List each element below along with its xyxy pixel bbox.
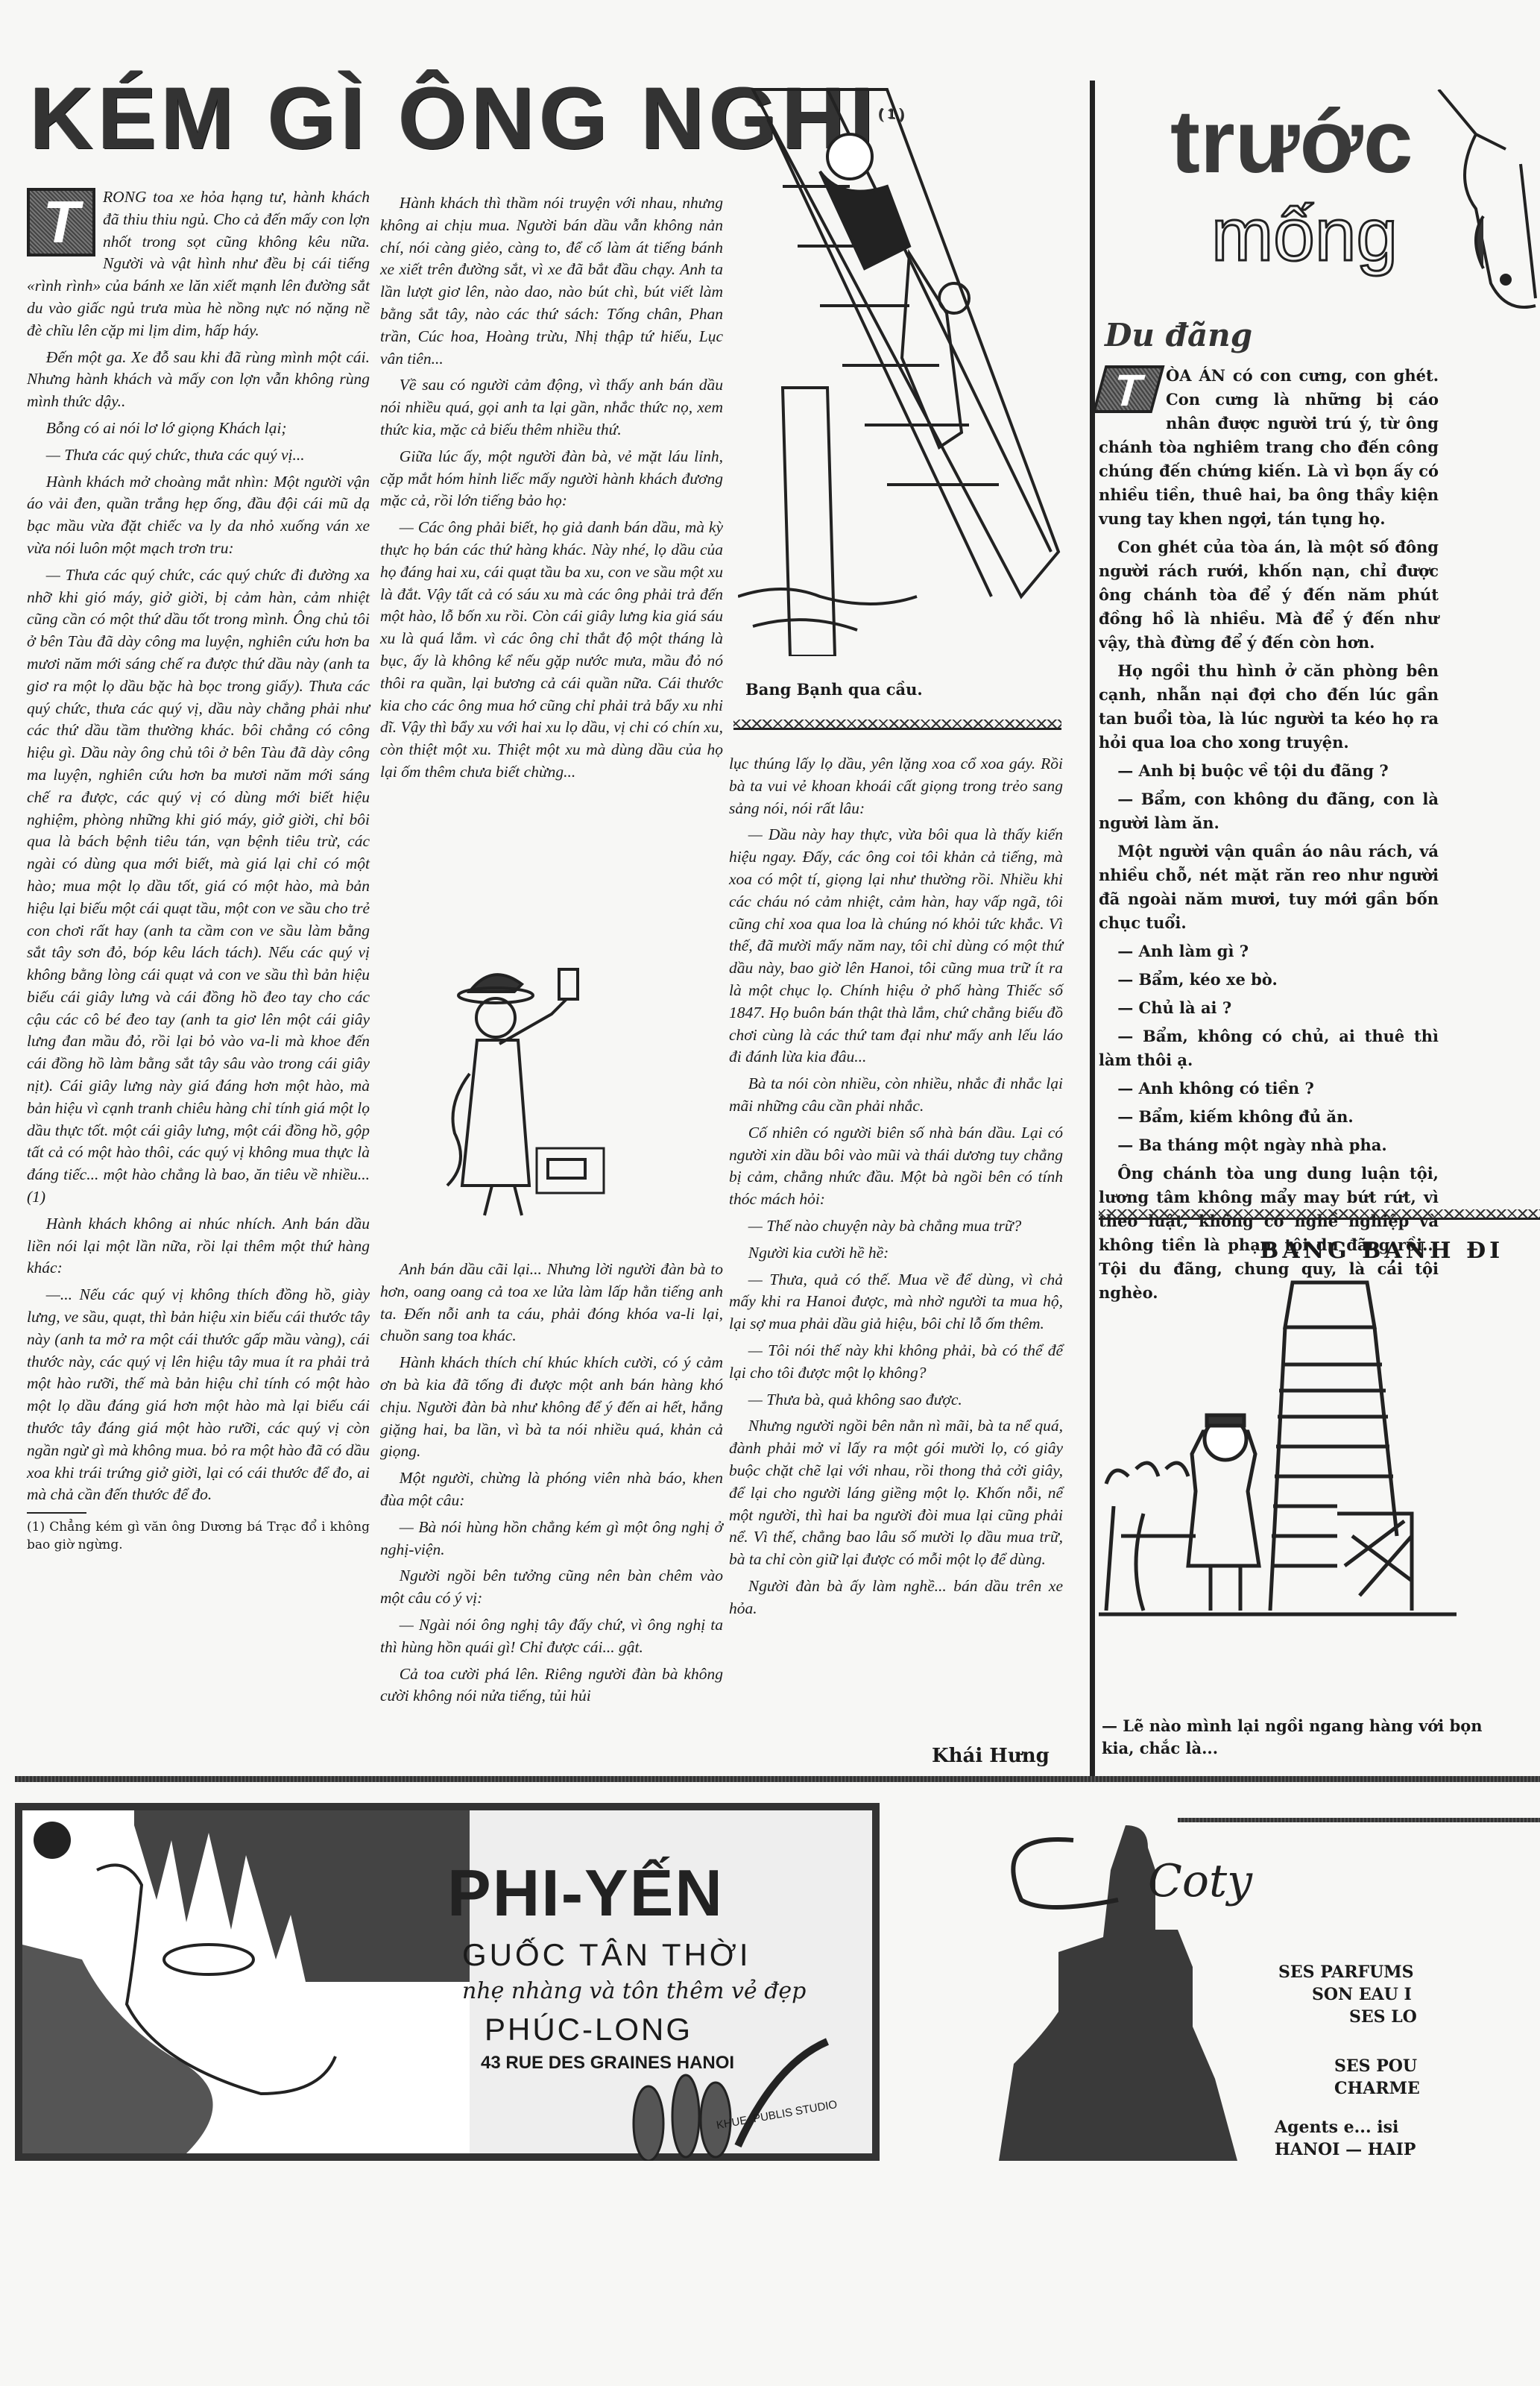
dialogue-line: — Ba tháng một ngày nhà pha. (1099, 1133, 1439, 1157)
paragraph: Về sau có người cảm động, vì thấy anh bá… (380, 374, 723, 441)
paragraph: Hành khách mở choàng mắt nhìn: Một người… (27, 471, 370, 560)
paragraph: —... Nếu các quý vị không thích đồng hồ,… (27, 1284, 370, 1506)
coty-advertisement: Coty SES PARFUMS SON EAU I SES LO SES PO… (999, 1803, 1540, 2161)
coty-agents-label: Agents e... isi (1275, 2116, 1416, 2138)
paragraph: Anh bán dầu cãi lại... Nhưng lời người đ… (380, 1259, 723, 1347)
paragraph: Bà ta nói còn nhiều, còn nhiều, nhắc đi … (729, 1073, 1063, 1118)
dialogue-line: — Anh làm gì ? (1099, 939, 1439, 963)
article-column-2: Hành khách thì thầm nói truyện với nhau,… (380, 192, 723, 788)
dialogue-line: — Bẩm, kéo xe bò. (1099, 968, 1439, 992)
cartoon-caption: — Lẽ nào mình lại ngồi ngang hàng với bọ… (1102, 1715, 1519, 1760)
bridge-caption: Bang Bạnh qua cầu. (745, 680, 923, 699)
paragraph: Hành khách thích chí khúc khích cười, có… (380, 1352, 723, 1463)
masthead-truoc: trước (1170, 97, 1413, 186)
article-column-3: lục thúng lấy lọ dầu, yên lặng xoa cổ xo… (729, 753, 1063, 1624)
section-title: Du đãng (1105, 317, 1252, 353)
bridge-illustration (738, 75, 1066, 656)
ad-section-divider (15, 1776, 1540, 1782)
article-column-2-lower: Anh bán dầu cãi lại... Nhưng lời người đ… (380, 1259, 723, 1712)
paragraph: — Thế nào chuyện này bà chẳng mua trữ? (729, 1215, 1063, 1238)
coty-cities: HANOI — HAIP (1275, 2138, 1416, 2161)
paragraph: Con ghét của tòa án, là một số đông ngườ… (1099, 535, 1439, 655)
paragraph: Hành khách thì thầm nói truyện với nhau,… (380, 192, 723, 370)
phiyen-subtagline: nhẹ nhàng và tôn thêm vẻ đẹp (462, 1978, 806, 2004)
cartoon-illustration (1099, 1268, 1540, 1625)
phiyen-advertisement: PHI-YẾN GUỐC TÂN THỜI nhẹ nhàng và tôn t… (15, 1803, 880, 2161)
dialogue-line: — Anh bị buộc về tội du đãng ? (1099, 759, 1439, 783)
dialogue-line: — Anh không có tiền ? (1099, 1077, 1439, 1101)
paragraph: Cả toa cười phá lên. Riêng người đàn bà … (380, 1663, 723, 1708)
paragraph: lục thúng lấy lọ dầu, yên lặng xoa cổ xo… (729, 753, 1063, 819)
footnote-divider (27, 1512, 86, 1514)
paragraph: Một người vận quần áo nâu rách, vá nhiều… (1099, 840, 1439, 935)
coty-agents: Agents e... isi HANOI — HAIP (1275, 2116, 1416, 2161)
dropcap-letter: T (27, 188, 95, 256)
article-column-1: T RONG toa xe hỏa hạng tư, hành khách đã… (27, 186, 370, 1558)
paragraph: Cố nhiên có người biên số nhà bán dầu. L… (729, 1122, 1063, 1211)
paragraph: T ÒA ÁN có con cưng, con ghét. Con cưng … (1099, 364, 1439, 531)
paragraph: Người kia cười hề hề: (729, 1242, 1063, 1265)
dialogue-line: — Bẩm, kiếm không đủ ăn. (1099, 1105, 1439, 1129)
paragraph: Họ ngồi thu hình ở căn phòng bên cạnh, n… (1099, 659, 1439, 755)
phiyen-brand: PHI-YẾN (447, 1855, 724, 1931)
paragraph: — Bà nói hùng hồn chẳng kém gì một ông n… (380, 1517, 723, 1561)
coty-line: SES POU (1278, 2055, 1420, 2077)
right-column-text: T ÒA ÁN có con cưng, con ghét. Con cưng … (1099, 364, 1439, 1309)
footnote: (1) Chẳng kém gì văn ông Dương bá Trạc đ… (27, 1518, 370, 1554)
paragraph: — Thưa các quý chức, thưa các quý vị... (27, 444, 370, 467)
dropcap-letter: T (1092, 365, 1164, 413)
paragraph: — Dầu này hay thực, vừa bôi qua là thấy … (729, 824, 1063, 1068)
coty-brand: Coty (1148, 1855, 1252, 1907)
paragraph: — Thưa các quý chức, các quý chức đi đườ… (27, 564, 370, 1209)
paragraph: Bỗng có ai nói lơ lớ giọng Khách lại; (27, 418, 370, 440)
paragraph: — Thưa, quả có thế. Mua về để dùng, vì c… (729, 1269, 1063, 1335)
salesman-illustration (425, 939, 619, 1223)
paragraph: — Các ông phải biết, họ giả danh bán dầu… (380, 517, 723, 784)
paragraph: Giữa lúc ấy, một người đàn bà, vẻ mặt lá… (380, 446, 723, 512)
coty-line: SON EAU I (1278, 1983, 1420, 2006)
cartoon-title: BANG BẠNH ĐI (1260, 1238, 1503, 1264)
ornamental-divider (733, 720, 1061, 730)
column-divider (1090, 81, 1095, 1777)
dialogue-line: — Bẩm, không có chủ, ai thuê thì làm thô… (1099, 1024, 1439, 1072)
paragraph: Một người, chừng là phóng viên nhà báo, … (380, 1467, 723, 1512)
paragraph: — Tôi nói thế này khi không phải, bà có … (729, 1340, 1063, 1385)
coty-line: SES LO (1278, 2006, 1420, 2028)
masthead-mong: mống (1211, 198, 1398, 272)
paragraph: Hành khách không ai nhúc nhích. Anh bán … (27, 1213, 370, 1279)
coty-line: CHARME (1278, 2077, 1420, 2100)
paragraph: Nhưng người ngồi bên nằn nì mãi, bà ta n… (729, 1415, 1063, 1571)
coty-line: SES PARFUMS (1278, 1961, 1420, 1983)
author-signature: Khái Hưng (932, 1745, 1050, 1767)
paragraph: — Ngài nói ông nghị tây đấy chứ, vì ông … (380, 1614, 723, 1659)
ornamental-divider (1099, 1209, 1540, 1220)
article-lead-paragraph: T RONG toa xe hỏa hạng tư, hành khách đã… (27, 186, 370, 342)
coty-product-list: SES PARFUMS SON EAU I SES LO SES POU CHA… (1278, 1961, 1420, 2100)
paragraph: — Thưa bà, quả không sao được. (729, 1389, 1063, 1411)
phiyen-tagline: GUỐC TÂN THỜI (462, 1937, 751, 1973)
paragraph: Người ngồi bên tưởng cũng nên bàn chêm v… (380, 1565, 723, 1610)
paragraph: Người đàn bà ấy làm nghề... bán dầu trên… (729, 1576, 1063, 1620)
paragraph: Đến một ga. Xe đỗ sau khi đã rùng mình m… (27, 347, 370, 413)
donkey-icon (1431, 89, 1540, 313)
dialogue-line: — Bẩm, con không du đãng, con là người l… (1099, 787, 1439, 835)
dialogue-line: — Chủ là ai ? (1099, 996, 1439, 1020)
